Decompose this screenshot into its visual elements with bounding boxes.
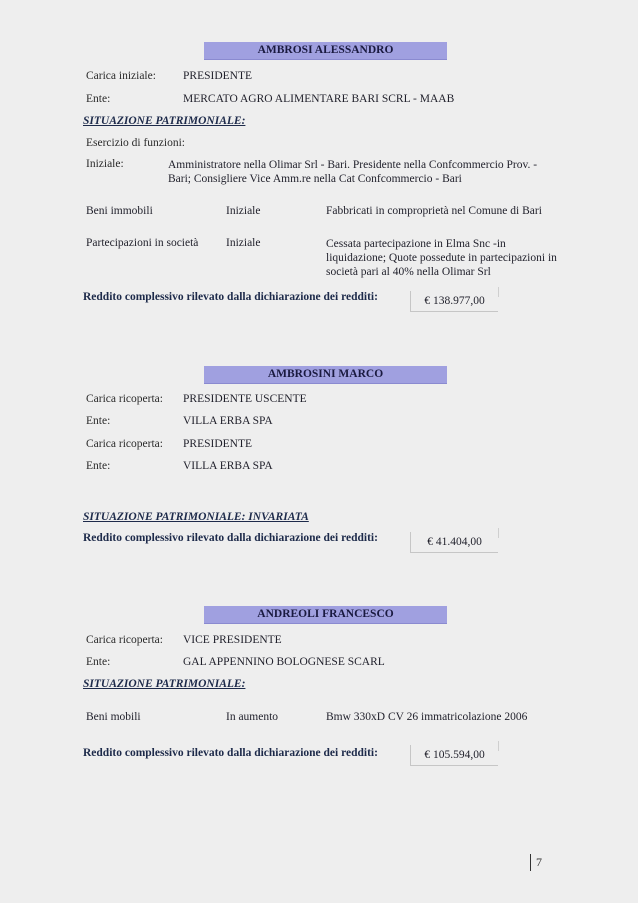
role-label: Carica ricoperta:	[86, 393, 163, 405]
page-number: 7	[536, 855, 542, 870]
role-label: Carica ricoperta:	[86, 438, 163, 450]
role-value: PRESIDENTE	[183, 70, 252, 82]
income-value: € 138.977,00	[410, 291, 498, 312]
person-name-header: AMBROSINI MARCO	[204, 366, 447, 384]
ente-value: VILLA ERBA SPA	[183, 415, 273, 427]
person-name-header: ANDREOLI FRANCESCO	[204, 606, 447, 624]
asset-status: Iniziale	[226, 237, 260, 249]
role-label: Carica iniziale:	[86, 70, 156, 82]
ente-value: MERCATO AGRO ALIMENTARE BARI SCRL - MAAB	[183, 93, 454, 105]
income-label: Reddito complessivo rilevato dalla dichi…	[83, 747, 378, 759]
ente-value: VILLA ERBA SPA	[183, 460, 273, 472]
ente-label: Ente:	[86, 460, 110, 472]
asset-description: Cessata partecipazione in Elma Snc -in l…	[326, 237, 562, 279]
esercizio-label: Esercizio di funzioni:	[86, 137, 185, 149]
iniziale-text: Amministratore nella Olimar Srl - Bari. …	[168, 158, 558, 186]
ente-label: Ente:	[86, 656, 110, 668]
asset-category: Beni immobili	[86, 205, 153, 217]
page-number-divider	[530, 854, 531, 871]
role-value: VICE PRESIDENTE	[183, 634, 282, 646]
role-label: Carica ricoperta:	[86, 634, 163, 646]
income-label: Reddito complessivo rilevato dalla dichi…	[83, 532, 378, 544]
asset-category: Beni mobili	[86, 711, 141, 723]
income-label: Reddito complessivo rilevato dalla dichi…	[83, 291, 378, 303]
asset-description: Fabbricati in comproprietà nel Comune di…	[326, 205, 542, 217]
asset-description: Bmw 330xD CV 26 immatricolazione 2006	[326, 711, 527, 723]
ente-label: Ente:	[86, 415, 110, 427]
income-value: € 41.404,00	[410, 532, 498, 553]
asset-status: In aumento	[226, 711, 278, 723]
iniziale-label: Iniziale:	[86, 158, 124, 170]
role-value: PRESIDENTE	[183, 438, 252, 450]
asset-status: Iniziale	[226, 205, 260, 217]
role-value: PRESIDENTE USCENTE	[183, 393, 307, 405]
income-value: € 105.594,00	[410, 745, 498, 766]
section-title: SITUAZIONE PATRIMONIALE: INVARIATA	[83, 511, 309, 523]
asset-category: Partecipazioni in società	[86, 237, 198, 249]
person-name-header: AMBROSI ALESSANDRO	[204, 42, 447, 60]
section-title: SITUAZIONE PATRIMONIALE:	[83, 115, 245, 127]
ente-value: GAL APPENNINO BOLOGNESE SCARL	[183, 656, 385, 668]
section-title: SITUAZIONE PATRIMONIALE:	[83, 678, 245, 690]
ente-label: Ente:	[86, 93, 110, 105]
